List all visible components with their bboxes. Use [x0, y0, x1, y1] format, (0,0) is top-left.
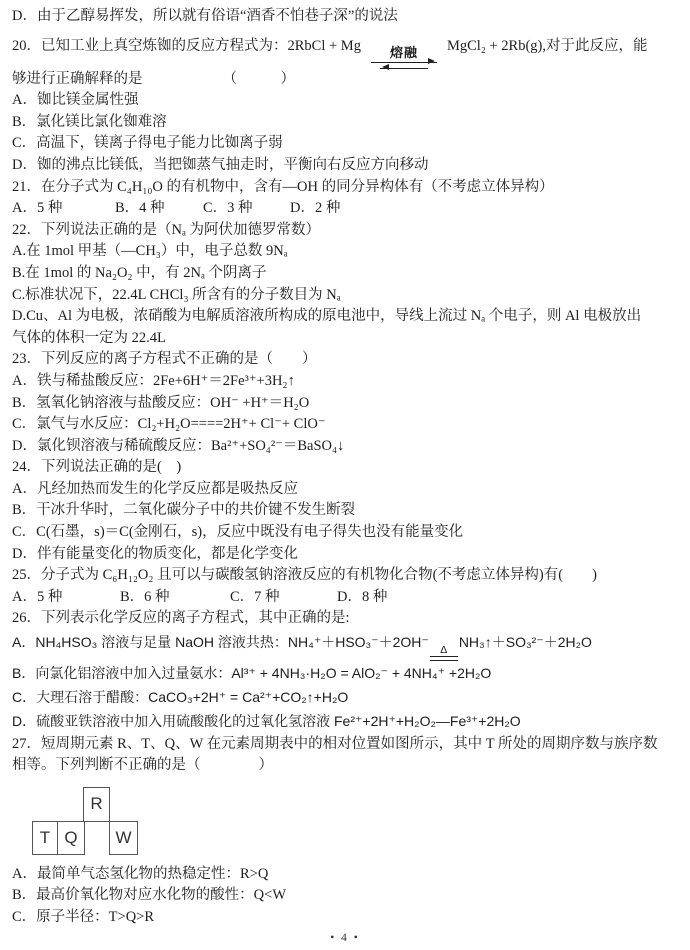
delta-icon: Δ — [440, 645, 447, 656]
element-position-diagram: R T Q W — [32, 787, 152, 856]
reversible-reaction-arrow: 熔融 — [371, 45, 437, 69]
q20-stem-pre: 20．已知工业上真空炼铷的反应方程式为：2RbCl + Mg — [12, 38, 361, 54]
q21-option-b: B．4 种 — [115, 198, 203, 220]
q26-option-b: B．向氯化铝溶液中加入过量氨水：Al³⁺ + 4NH₃·H₂O = AlO₂⁻ … — [12, 661, 676, 685]
q20-stem-line2-text: 够进行正确解释的是 — [12, 71, 143, 87]
q27-stem-line1: 27．短周期元素 R、T、Q、W 在元素周期表中的相对位置如图所示，其中 T 所… — [12, 734, 676, 756]
q23-option-b: B．氢氧化钠溶液与盐酸反应：OH⁻ +H⁺＝H₂O — [12, 393, 676, 415]
q20-stem-line2: 够进行正确解释的是（ ） — [12, 69, 676, 91]
q20-option-a: A．铷比镁金属性强 — [12, 90, 676, 112]
q20-stem-line1: 20．已知工业上真空炼铷的反应方程式为：2RbCl + Mg 熔融 MgCl₂ … — [12, 36, 676, 69]
q21-stem: 21．在分子式为 C₄H₁₀O 的有机物中，含有—OH 的同分异构体有（不考虑立… — [12, 177, 676, 199]
q21-options-row: A．5 种B．4 种C．3 种D．2 种 — [12, 198, 676, 220]
q25-option-c: C．7 种 — [230, 587, 337, 609]
q20-stem-post: MgCl₂ + 2Rb(g),对于此反应，能 — [447, 38, 648, 54]
q25-option-a: A．5 种 — [12, 587, 120, 609]
q21-option-d: D．2 种 — [290, 198, 340, 220]
exam-page: D．由于乙醇易挥发，所以就有俗语“酒香不怕巷子深”的说法 20．已知工业上真空炼… — [0, 0, 690, 950]
q23-option-c: C．氯气与水反应：Cl₂+H₂O====2H⁺+ Cl⁻+ ClO⁻ — [12, 414, 676, 436]
diagram-cell-W: W — [109, 821, 138, 855]
reverse-arrow-icon — [380, 68, 428, 69]
q24-option-d: D．伴有能量变化的物质变化，都是化学变化 — [12, 544, 676, 566]
q26-option-c: C．大理石溶于醋酸：CaCO₃+2H⁺ = Ca²⁺+CO₂↑+H₂O — [12, 685, 676, 709]
q23-option-d: D．氯化钡溶液与稀硫酸反应：Ba²⁺+SO₄²⁻＝BaSO₄↓ — [12, 436, 676, 458]
q20-option-c: C．高温下，镁离子得电子能力比铷离子弱 — [12, 133, 676, 155]
q23-option-a: A．铁与稀盐酸反应：2Fe+6H⁺＝2Fe³⁺+3H₂↑ — [12, 371, 676, 393]
q26-option-a-pre: A．NH₄HSO₃ 溶液与足量 NaOH 溶液共热：NH₄⁺＋HSO₃⁻＋2OH… — [12, 634, 429, 650]
q27-option-b: B．最高价氧化物对应水化物的酸性：Q<W — [12, 885, 676, 907]
q22-option-a: A.在 1mol 甲基（—CH₃）中，电子总数 9Nₐ — [12, 241, 676, 263]
q23-stem: 23．下列反应的离子方程式不正确的是（ ） — [12, 349, 676, 371]
q27-option-a: A．最简单气态氢化物的热稳定性：R>Q — [12, 864, 676, 886]
q27-stem-line2: 相等。下列判断不正确的是（ ） — [12, 755, 676, 777]
q27-option-c: C．原子半径：T>Q>R — [12, 907, 676, 929]
forward-arrow-icon — [371, 62, 437, 63]
reaction-condition-label: 熔融 — [390, 45, 418, 61]
q21-option-c: C．3 种 — [203, 198, 290, 220]
q19-option-d: D．由于乙醇易挥发，所以就有俗语“酒香不怕巷子深”的说法 — [12, 6, 676, 28]
q24-option-c: C．C(石墨，s)＝C(金刚石，s)，反应中既没有电子得失也没有能量变化 — [12, 522, 676, 544]
diagram-cell-R: R — [83, 787, 110, 822]
q25-options-row: A．5 种B．6 种C．7 种D．8 种 — [12, 587, 676, 609]
q25-option-d: D．8 种 — [337, 587, 387, 609]
q22-stem: 22．下列说法正确的是（Nₐ 为阿伏加德罗常数） — [12, 220, 676, 242]
q22-option-c: C.标准状况下，22.4L CHCl₃ 所含有的分子数目为 Nₐ — [12, 285, 676, 307]
q26-option-a-post: NH₃↑＋SO₃²⁻＋2H₂O — [459, 634, 592, 650]
q24-stem: 24．下列说法正确的是( ) — [12, 457, 676, 479]
diagram-cell-Q: Q — [57, 821, 85, 855]
q24-option-b: B．干冰升华时，二氧化碳分子中的共价键不发生断裂 — [12, 500, 676, 522]
q22-option-b: B.在 1mol 的 Na₂O₂ 中，有 2Nₐ 个阴离子 — [12, 263, 676, 285]
q25-option-b: B．6 种 — [120, 587, 230, 609]
q25-stem: 25．分子式为 C₆H₁₂O₂ 且可以与碳酸氢钠溶液反应的有机物化合物(不考虑立… — [12, 565, 676, 587]
q20-option-b: B．氯化镁比氯化铷难溶 — [12, 112, 676, 134]
q22-option-d: D.Cu、Al 为电极，浓硝酸为电解质溶液所构成的原电池中，导线上流过 Nₐ 个… — [12, 306, 676, 328]
q21-option-a: A．5 种 — [12, 198, 115, 220]
q22-option-d-continuation: 气体的体积一定为 22.4L — [12, 328, 676, 350]
page-number: • 4 • — [0, 932, 690, 944]
diagram-cell-T: T — [32, 821, 58, 855]
q24-option-a: A．凡经加热而发生的化学反应都是吸热反应 — [12, 479, 676, 501]
heating-condition-equals: Δ — [430, 645, 458, 661]
q20-answer-bracket: （ ） — [223, 71, 296, 87]
q20-option-d: D．铷的沸点比镁低，当把铷蒸气抽走时，平衡向右反应方向移动 — [12, 155, 676, 177]
q26-option-a: A．NH₄HSO₃ 溶液与足量 NaOH 溶液共热：NH₄⁺＋HSO₃⁻＋2OH… — [12, 630, 676, 661]
q26-stem: 26．下列表示化学反应的离子方程式，其中正确的是: — [12, 608, 676, 630]
q26-option-d: D．硫酸亚铁溶液中加入用硫酸酸化的过氧化氢溶液 Fe²⁺+2H⁺+H₂O₂—Fe… — [12, 709, 676, 733]
